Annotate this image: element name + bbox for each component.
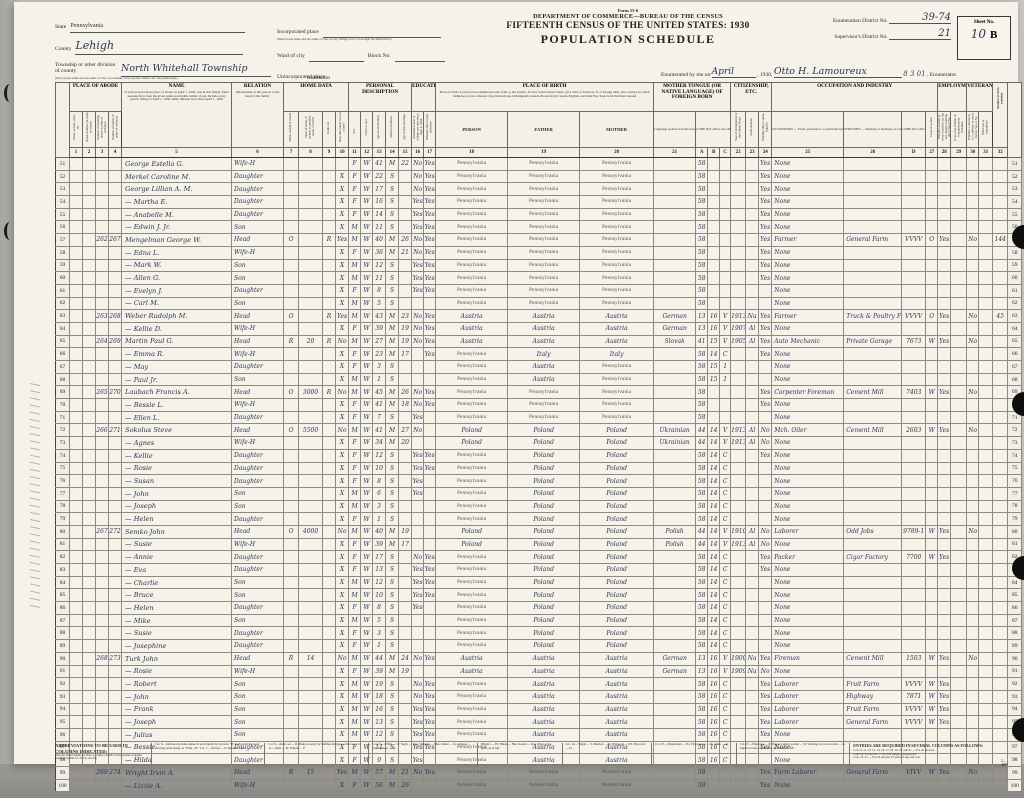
cell-cls (926, 322, 938, 335)
cell-age: 3 (373, 627, 386, 640)
cell-mb: Poland (580, 614, 654, 627)
cell-occ: Auto Mechanic (772, 335, 844, 348)
cell-sex: F (349, 665, 361, 678)
cell-cC: V (720, 538, 731, 551)
cell-occ: Mch. Oiler (772, 424, 844, 437)
cell-rel: Head (232, 767, 284, 780)
cell-rw (424, 437, 436, 450)
cell-age: 45 (373, 386, 386, 399)
cell-race: W (361, 234, 373, 247)
line-number: 65 (56, 335, 70, 348)
line-number-column-header (56, 83, 70, 158)
cell-pb: Poland (436, 538, 508, 551)
cell-vet (967, 399, 979, 412)
line-number: 62 (56, 297, 70, 310)
cell-rel: Daughter (232, 513, 284, 526)
cell-val (299, 564, 323, 577)
cell-sch: Yes (412, 259, 424, 272)
cell-pb: Pennsylvania (436, 602, 508, 615)
cell-race: W (361, 576, 373, 589)
cell-ocode (902, 640, 926, 653)
cell-imm (731, 183, 746, 196)
cell-agem (399, 449, 412, 462)
cell-sex: F (349, 196, 361, 209)
cell-unemp (951, 576, 967, 589)
cell-fb: Austria (508, 665, 580, 678)
cell-street (70, 500, 83, 513)
census-row: 56— Edwin J. Jr.SonXMW11SYesYesPennsylva… (56, 221, 1022, 234)
cell-hn (83, 564, 96, 577)
line-number: 93 (56, 690, 70, 703)
cell-street (70, 703, 83, 716)
cell-val: 15 (299, 767, 323, 780)
cell-fb: Pennsylvania (508, 779, 580, 792)
cell-war (979, 640, 993, 653)
cell-val (299, 196, 323, 209)
cell-rw: Yes (424, 728, 436, 741)
census-row: 67— MayDaughterXFW3SPennsylvaniaAustriaP… (56, 361, 1022, 374)
cell-fam (109, 373, 122, 386)
cell-age: 36 (373, 246, 386, 259)
cell-rad (323, 487, 336, 500)
cell-fb: Pennsylvania (508, 183, 580, 196)
cell-rw: Yes (424, 589, 436, 602)
cell-name: — Bruce (122, 589, 232, 602)
census-row: 92— RobertSonXMW19SNoYesPennsylvaniaAust… (56, 678, 1022, 691)
cell-hn (83, 208, 96, 221)
cell-dw (96, 475, 109, 488)
cell-sch: No (412, 399, 424, 412)
cell-fb: Austria (508, 335, 580, 348)
line-number: 73 (1008, 437, 1022, 450)
cell-tongue (654, 500, 696, 513)
line-number: 69 (56, 386, 70, 399)
cell-unemp (951, 462, 967, 475)
cell-rw (424, 665, 436, 678)
cell-hn (83, 640, 96, 653)
cell-hn (83, 272, 96, 285)
cell-sch (412, 373, 424, 386)
cell-sex: M (349, 221, 361, 234)
cell-own (284, 272, 299, 285)
cell-fb: Poland (508, 513, 580, 526)
cell-dw (96, 551, 109, 564)
cell-fb: Poland (508, 487, 580, 500)
cell-work: Yes (938, 424, 951, 437)
cell-work: Yes (938, 716, 951, 729)
line-number: 62 (1008, 297, 1022, 310)
cell-rel: Son (232, 576, 284, 589)
cell-farmno (993, 335, 1008, 348)
cell-agem: 19 (399, 335, 412, 348)
cell-tongue: German (654, 652, 696, 665)
cell-tongue (654, 678, 696, 691)
cell-ocode (902, 284, 926, 297)
line-number: 60 (1008, 272, 1022, 285)
cell-mb: Poland (580, 424, 654, 437)
cell-val (299, 234, 323, 247)
cell-race: W (361, 678, 373, 691)
cell-fb: Poland (508, 564, 580, 577)
cell-occ: None (772, 487, 844, 500)
cell-tongue (654, 272, 696, 285)
cell-unemp (951, 335, 967, 348)
cell-own (284, 462, 299, 475)
cell-dw (96, 322, 109, 335)
line-number: 72 (1008, 424, 1022, 437)
cell-fb: Austria (508, 373, 580, 386)
census-row: 72266271Sokolus SteveHeadO5500NoMW41M27N… (56, 424, 1022, 437)
cell-hn (83, 259, 96, 272)
cell-tongue: Ukrainian (654, 424, 696, 437)
col-number: B (708, 148, 720, 158)
cell-nat: Al (746, 525, 759, 538)
line-number: 63 (1008, 310, 1022, 323)
cell-agem: 19 (399, 525, 412, 538)
cell-agem: 26 (399, 386, 412, 399)
cell-unemp (951, 627, 967, 640)
line-number: 86 (1008, 602, 1022, 615)
cell-eng: Yes (759, 690, 772, 703)
cell-rel: Wife-H (232, 665, 284, 678)
cell-farm: X (336, 640, 349, 653)
cell-cB: 14 (708, 589, 720, 602)
cell-ind (844, 221, 902, 234)
cell-cls (926, 614, 938, 627)
cell-val (299, 284, 323, 297)
cell-ocode (902, 500, 926, 513)
col-header-ocode: CODE (For office use only. Do not write … (902, 112, 926, 148)
cell-sch: No (412, 551, 424, 564)
col-number: 30 (967, 148, 979, 158)
cell-race: W (361, 437, 373, 450)
col-number: 5 (122, 148, 232, 158)
cell-age: 12 (373, 449, 386, 462)
cell-nat (746, 779, 759, 792)
cell-farm: X (336, 728, 349, 741)
cell-rad (323, 690, 336, 703)
cell-cls (926, 449, 938, 462)
cell-cA: 58 (696, 678, 708, 691)
cell-tongue: Ukrainian (654, 437, 696, 450)
cell-cA: 41 (696, 335, 708, 348)
cell-cB: 16 (708, 690, 720, 703)
line-number: 92 (1008, 678, 1022, 691)
cell-occ: None (772, 500, 844, 513)
cell-pb: Pennsylvania (436, 703, 508, 716)
cell-fam (109, 259, 122, 272)
cell-cls: W (926, 716, 938, 729)
census-table: PLACE OF ABODENAMEof each person whose p… (55, 82, 1022, 792)
cell-imm (731, 462, 746, 475)
line-number: 79 (1008, 513, 1022, 526)
cell-ocode (902, 361, 926, 374)
cell-race: W (361, 652, 373, 665)
cell-vet (967, 614, 979, 627)
cell-ind: Cement Mill (844, 652, 902, 665)
cell-rw: Yes (424, 208, 436, 221)
cell-pb: Pennsylvania (436, 246, 508, 259)
cell-war (979, 525, 993, 538)
cell-sch: Yes (412, 487, 424, 500)
cell-street (70, 665, 83, 678)
cell-own (284, 779, 299, 792)
cell-age: 16 (373, 196, 386, 209)
cell-mb: Pennsylvania (580, 158, 654, 171)
cell-ind (844, 487, 902, 500)
cell-cls: W (926, 652, 938, 665)
cell-cls: W (926, 424, 938, 437)
cell-mar: S (386, 602, 399, 615)
cell-cB: 14 (708, 513, 720, 526)
col-header-fb: FATHER (508, 112, 580, 148)
cell-cC: C (720, 462, 731, 475)
cell-unemp (951, 589, 967, 602)
cell-hn (83, 399, 96, 412)
cell-sex: F (349, 538, 361, 551)
cell-val (299, 361, 323, 374)
cell-pb: Austria (436, 652, 508, 665)
cell-street (70, 272, 83, 285)
cell-sch: Yes (412, 462, 424, 475)
cell-dw (96, 500, 109, 513)
cell-occ: None (772, 246, 844, 259)
cell-rad: R (323, 310, 336, 323)
cell-sch (412, 348, 424, 361)
cell-war (979, 170, 993, 183)
cell-ind: Cigar Factory (844, 551, 902, 564)
cell-eng: Yes (759, 310, 772, 323)
cell-agem (399, 589, 412, 602)
group-header: Number of farm schedule (993, 83, 1008, 148)
cell-farm: No (336, 424, 349, 437)
cell-own (284, 196, 299, 209)
cell-cC: V (720, 424, 731, 437)
cell-own (284, 500, 299, 513)
cell-farm: X (336, 513, 349, 526)
cell-farmno (993, 576, 1008, 589)
cell-tongue (654, 703, 696, 716)
cell-street (70, 589, 83, 602)
cell-cB (708, 767, 720, 780)
cell-work (938, 665, 951, 678)
cell-nat: Al (746, 538, 759, 551)
cell-farmno (993, 196, 1008, 209)
cell-own (284, 589, 299, 602)
cell-rw (424, 614, 436, 627)
cell-dw (96, 221, 109, 234)
cell-dw (96, 703, 109, 716)
cell-rw (424, 411, 436, 424)
cell-cB (708, 411, 720, 424)
cell-occ: Farmer (772, 234, 844, 247)
cell-occ: None (772, 158, 844, 171)
cell-mar: S (386, 627, 399, 640)
cell-farm (336, 158, 349, 171)
cell-war (979, 703, 993, 716)
cell-pb: Pennsylvania (436, 158, 508, 171)
cell-imm (731, 576, 746, 589)
line-number: 54 (1008, 196, 1022, 209)
cell-age: 1 (373, 640, 386, 653)
cell-cA: 58 (696, 500, 708, 513)
cell-agem (399, 183, 412, 196)
cell-mar: M (386, 348, 399, 361)
cell-rel: Daughter (232, 475, 284, 488)
cell-mb: Austria (580, 322, 654, 335)
cell-sex: F (349, 322, 361, 335)
line-number: 51 (1008, 158, 1022, 171)
cell-age: 16 (373, 703, 386, 716)
cell-eng: Yes (759, 716, 772, 729)
cell-val (299, 538, 323, 551)
cell-name: — Martha E. (122, 196, 232, 209)
cell-own: R (284, 335, 299, 348)
cell-sch: Yes (412, 564, 424, 577)
cell-pb: Pennsylvania (436, 614, 508, 627)
col-header-ind: INDUSTRY — Industry or business, as cott… (844, 112, 902, 148)
cell-val (299, 627, 323, 640)
cell-hn (83, 322, 96, 335)
cell-sch (412, 665, 424, 678)
cell-ocode (902, 602, 926, 615)
cell-name: Merkel Caroline M. (122, 170, 232, 183)
cell-occ: None (772, 361, 844, 374)
cell-rw (424, 525, 436, 538)
cell-ocode (902, 513, 926, 526)
cell-mar: S (386, 170, 399, 183)
cell-unemp (951, 234, 967, 247)
cell-nat (746, 500, 759, 513)
cell-vet (967, 690, 979, 703)
cell-sch: No (412, 678, 424, 691)
cell-dw (96, 640, 109, 653)
cell-cB: 14 (708, 525, 720, 538)
cell-cC: C (720, 728, 731, 741)
cell-fam (109, 513, 122, 526)
cell-dw (96, 678, 109, 691)
cell-mb: Pennsylvania (580, 170, 654, 183)
cell-imm: 1900 (731, 652, 746, 665)
cell-cC: C (720, 589, 731, 602)
cell-farmno: 45 (993, 310, 1008, 323)
cell-own (284, 449, 299, 462)
cell-farmno (993, 246, 1008, 259)
line-number: 70 (56, 399, 70, 412)
cell-unemp (951, 246, 967, 259)
cell-rad (323, 576, 336, 589)
cell-fam: 274 (109, 767, 122, 780)
col-header-val: Value of home, if owned, or monthly rent… (299, 112, 323, 148)
cell-farm: No (336, 386, 349, 399)
cell-unemp (951, 196, 967, 209)
cell-rel: Wife-H (232, 538, 284, 551)
cell-rel: Son (232, 487, 284, 500)
cell-own (284, 361, 299, 374)
cell-cls (926, 728, 938, 741)
cell-tongue (654, 399, 696, 412)
col-header-agem: Age at first marriage (399, 112, 412, 148)
cell-age: 14 (373, 208, 386, 221)
cell-val: 14 (299, 652, 323, 665)
cell-work (938, 373, 951, 386)
col-number: 22 (731, 148, 746, 158)
cell-val (299, 348, 323, 361)
cell-race: W (361, 690, 373, 703)
cell-rw: Yes (424, 551, 436, 564)
cell-dw (96, 208, 109, 221)
cell-farmno (993, 589, 1008, 602)
cell-name: — Robert (122, 678, 232, 691)
cell-cA: 58 (696, 640, 708, 653)
cell-tongue (654, 513, 696, 526)
cell-farmno (993, 462, 1008, 475)
census-row: 85— BruceSonXMW10SYesYesPennsylvaniaPola… (56, 589, 1022, 602)
cell-work (938, 627, 951, 640)
cell-sex: M (349, 767, 361, 780)
cell-mar: M (386, 652, 399, 665)
col-number: 20 (580, 148, 654, 158)
cell-fb: Pennsylvania (508, 234, 580, 247)
cell-sex: M (349, 678, 361, 691)
cell-fb: Austria (508, 728, 580, 741)
cell-rel: Daughter (232, 602, 284, 615)
cell-rel: Daughter (232, 564, 284, 577)
cell-age: 17 (373, 551, 386, 564)
cell-eng: Yes (759, 221, 772, 234)
cell-rel: Son (232, 297, 284, 310)
col-number: 28 (938, 148, 951, 158)
cell-mar: S (386, 221, 399, 234)
scan-mark (4, 222, 16, 240)
cell-unemp (951, 525, 967, 538)
cell-war (979, 424, 993, 437)
cell-war (979, 652, 993, 665)
cell-vet: No (967, 652, 979, 665)
cell-ocode (902, 196, 926, 209)
cell-fb: Italy (508, 348, 580, 361)
cell-val (299, 437, 323, 450)
cell-pb: Pennsylvania (436, 234, 508, 247)
cell-work (938, 728, 951, 741)
cell-pb: Pennsylvania (436, 462, 508, 475)
cell-fb: Pennsylvania (508, 259, 580, 272)
cell-street (70, 690, 83, 703)
cell-agem (399, 614, 412, 627)
cell-imm: 1907 (731, 322, 746, 335)
cell-age: 13 (373, 564, 386, 577)
line-number: 76 (1008, 475, 1022, 488)
cell-sch: Yes (412, 475, 424, 488)
cell-farmno (993, 411, 1008, 424)
cell-cA: 58 (696, 690, 708, 703)
col-header-war: What war or expedition? (979, 112, 993, 148)
cell-ocode (902, 779, 926, 792)
cell-sch (412, 640, 424, 653)
cell-sch: Yes (412, 716, 424, 729)
cell-ocode (902, 208, 926, 221)
cell-cB: 15 (708, 335, 720, 348)
cell-mar: S (386, 728, 399, 741)
cell-own (284, 576, 299, 589)
cell-unemp (951, 183, 967, 196)
cell-war (979, 411, 993, 424)
cell-cC: V (720, 525, 731, 538)
cell-mar: S (386, 564, 399, 577)
cell-race: W (361, 767, 373, 780)
cell-imm (731, 716, 746, 729)
cell-dw (96, 564, 109, 577)
